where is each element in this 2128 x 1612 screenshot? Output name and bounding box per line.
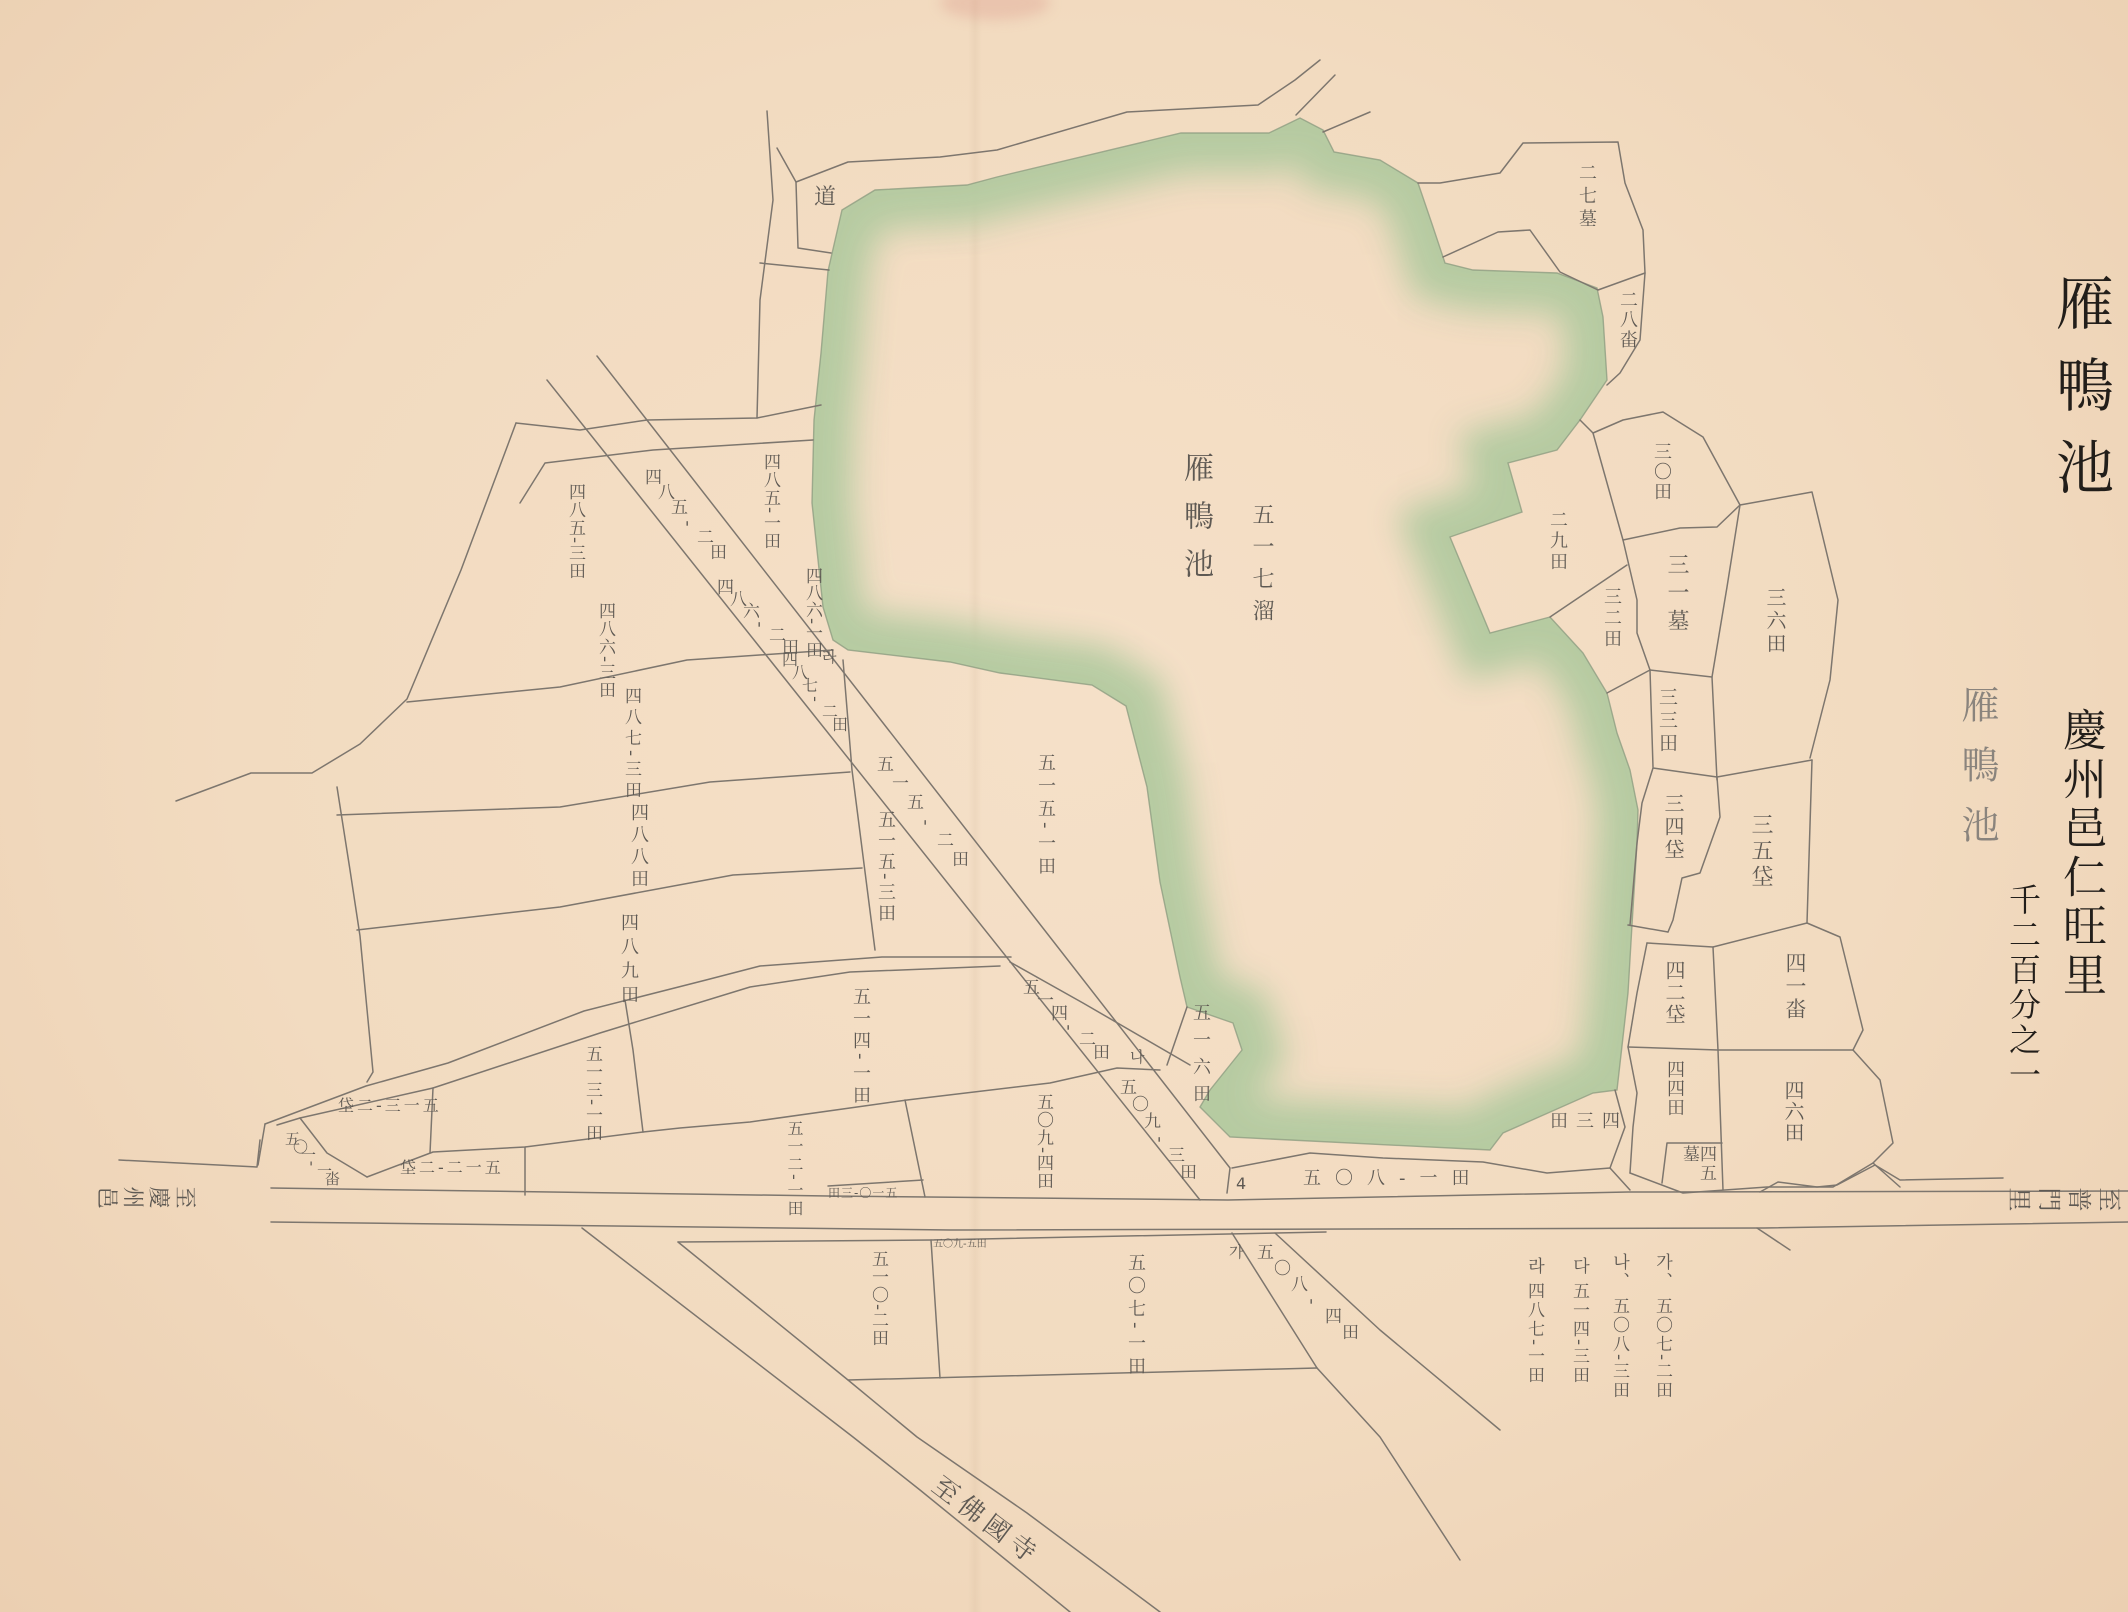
location-label: 慶州邑仁旺里 [2058, 707, 2102, 1001]
road-label-north: 道 [814, 187, 836, 209]
road-label-to-town: 至慶州邑 [93, 1184, 197, 1206]
parcel-label-36: 三六田 [1765, 587, 1785, 656]
parcel-label-510-2: 五一〇-二田 [869, 1250, 886, 1347]
parcel-label-29: 二九田 [1548, 510, 1566, 573]
parcel-label-508-4: 五〇八-四田 [1257, 1245, 1258, 1246]
pencil-title: 雁鴨池 [1958, 685, 1996, 865]
legend-item-ra: 라四八七-一田 [1525, 1257, 1542, 1385]
parcel-label-487-3: 四八七-三田 [622, 687, 639, 802]
parcel-label-489: 四八九田 [619, 913, 637, 1009]
marker-ga: 가 [1229, 1245, 1244, 1260]
parcel-label-485-2: 四八五-二田 [645, 470, 646, 471]
marker-four: 4 [1236, 1176, 1246, 1192]
legend-marker: 다 [1569, 1257, 1589, 1276]
parcel-label-30: 三〇田 [1652, 442, 1670, 502]
parcel-label-509-5: 五〇九-五田 [933, 1240, 987, 1250]
parcel-label-507-1: 五〇七-一田 [1126, 1253, 1144, 1380]
parcel-label-34: 三四垈 [1663, 793, 1683, 862]
parcel-label-486-1: 四八六-一田 [803, 567, 820, 658]
parcel-label-509-4: 五〇九-四田 [1034, 1093, 1051, 1190]
parcel-label-31: 三一墓 [1665, 553, 1687, 637]
parcel-label-512-1: 五一二-一田 [786, 1120, 802, 1218]
parcel-boundary-drawing [0, 0, 2128, 1612]
legend-lot: 五〇七-二田 [1652, 1297, 1672, 1400]
pond-lot-number: 五一七溜 [1250, 503, 1272, 631]
parcel-label-485-3: 四八五-三田 [566, 483, 583, 580]
parcel-label-512-2: 五一二-二垈 [400, 1160, 504, 1176]
marker-ra: 라 [822, 650, 837, 665]
pond-water-wash [812, 118, 1638, 1150]
legend-marker: 가、 [1652, 1253, 1672, 1291]
parcel-label-485-1: 四八五-一田 [761, 453, 778, 550]
scale-label: 千二百分之一 [2007, 883, 2039, 1093]
parcel-label-43: 四三田 [1550, 1113, 1628, 1131]
parcel-label-46: 四六田 [1783, 1080, 1803, 1143]
parcel-label-33: 三三田 [1657, 687, 1676, 756]
parcel-label-514-1: 五一四-一田 [851, 987, 869, 1108]
parcel-label-32: 三二田 [1602, 587, 1620, 650]
parcel-label-488: 四八八田 [629, 803, 647, 891]
legend-lot: 五一四-三田 [1569, 1282, 1589, 1385]
parcel-label-513-2: 五一三-二垈 [338, 1098, 442, 1114]
cadastral-map: 雁鴨池 慶州邑仁旺里 千二百分之一 雁鴨池 雁鴨池 五一七溜 道 至慶州邑 至普… [0, 0, 2128, 1612]
pond-name: 雁鴨池 [1180, 452, 1210, 596]
legend-item-da: 다五一四-三田 [1570, 1257, 1587, 1385]
parcel-label-514-2: 五一四-二田 [1023, 980, 1024, 981]
legend-marker: 나、 [1609, 1253, 1629, 1291]
parcel-lines [119, 60, 2128, 1612]
parcel-label-516: 五一六田 [1191, 1003, 1209, 1111]
parcel-label-501-1: 五〇一-一畓 [285, 1132, 286, 1133]
legend-lot: 五〇八-三田 [1609, 1297, 1629, 1400]
parcel-label-44: 四四田 [1665, 1060, 1683, 1117]
marker-na: 나 [1130, 1050, 1145, 1065]
parcel-label-487-2: 四八七-二田 [782, 652, 783, 653]
legend-marker: 라 [1524, 1257, 1544, 1276]
parcel-label-28: 二八畓 [1618, 290, 1636, 350]
parcel-label-513-1: 五一三-一田 [583, 1045, 600, 1142]
parcel-label-486-2: 四八六-二田 [717, 580, 718, 581]
parcel-label-508-1: 五〇八-一田 [1303, 1170, 1484, 1188]
parcel-label-509-3: 五〇九-三田 [1120, 1080, 1121, 1081]
parcel-label-515-1: 五一五-一田 [1036, 753, 1054, 880]
map-title: 雁鴨池 [2051, 273, 2109, 519]
parcel-label-45: 四五墓 [1668, 1145, 1714, 1183]
road-label-to-east: 至普門里 [2002, 1185, 2122, 1209]
parcel-label-515-3: 五一五-三田 [876, 810, 894, 925]
parcel-label-41: 四一畓 [1784, 952, 1805, 1021]
parcel-label-486-3: 四八六-三田 [596, 602, 613, 699]
legend-item-na: 나、五〇八-三田 [1610, 1253, 1627, 1400]
parcel-label-27: 二七墓 [1577, 163, 1595, 232]
parcel-label-515-2: 五一五-二田 [877, 757, 878, 758]
parcel-label-35: 三五垈 [1749, 813, 1771, 891]
legend-lot: 四八七-一田 [1524, 1282, 1544, 1385]
parcel-label-42: 四二垈 [1664, 960, 1684, 1026]
parcel-label-510-3: 五一〇-三田 [828, 1187, 898, 1199]
legend-item-ga: 가、五〇七-二田 [1653, 1253, 1670, 1400]
